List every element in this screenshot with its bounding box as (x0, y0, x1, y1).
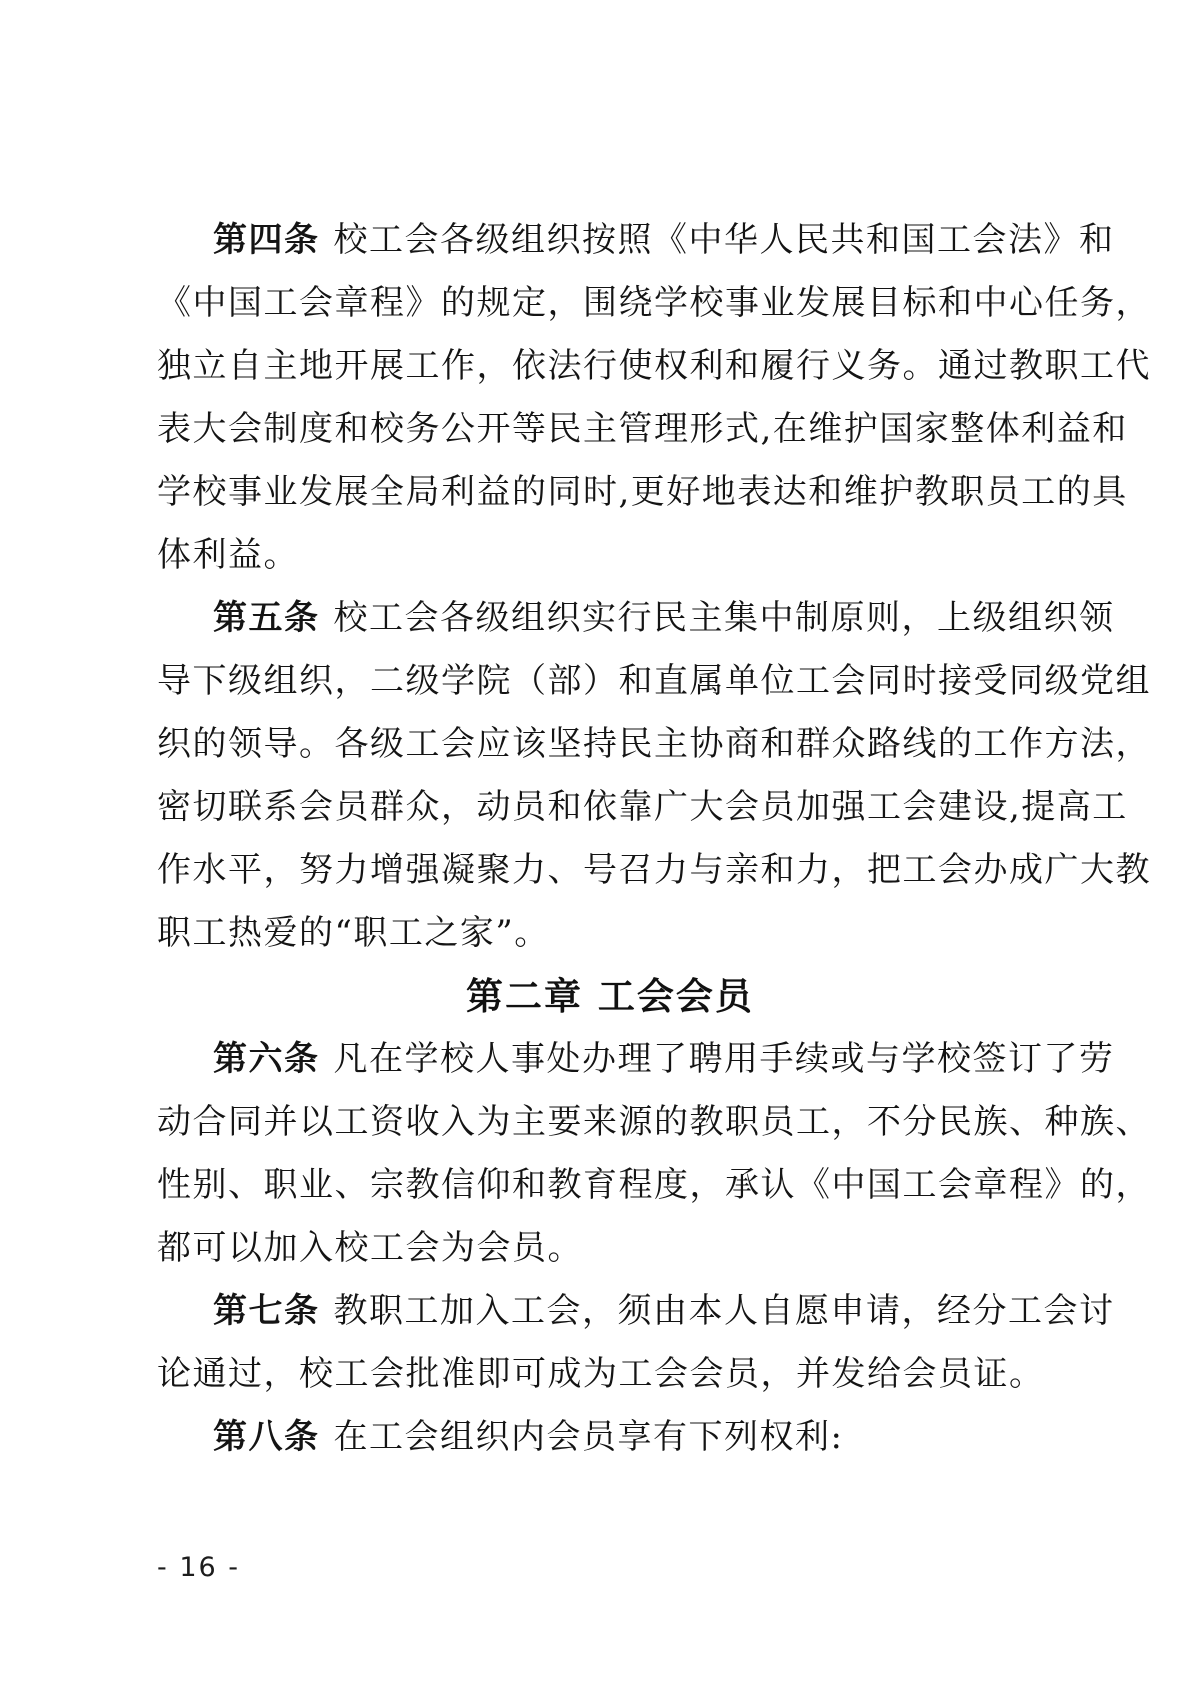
chapter-heading: 第二章 工会会员 (157, 965, 1063, 1028)
text-line: 职工热爱的“职工之家”。 (157, 902, 1063, 965)
text-line: 性别、职业、宗教信仰和教育程度，承认《中国工会章程》的， (157, 1154, 1063, 1217)
text-line: 《中国工会章程》的规定，围绕学校事业发展目标和中心任务， (157, 272, 1063, 335)
article-7-paragraph: 第七条教职工加入工会，须由本人自愿申请，经分工会讨 论通过，校工会批准即可成为工… (157, 1280, 1063, 1406)
text-line: 第八条在工会组织内会员享有下列权利: (157, 1406, 1063, 1469)
text-line: 学校事业发展全局利益的同时,更好地表达和维护教职员工的具 (157, 461, 1063, 524)
document-body: 第四条校工会各级组织按照《中华人民共和国工会法》和 《中国工会章程》的规定，围绕… (157, 209, 1063, 1469)
text-line: 都可以加入校工会为会员。 (157, 1217, 1063, 1280)
page-number: - 16 - (157, 1552, 240, 1583)
article-6-paragraph: 第六条凡在学校人事处办理了聘用手续或与学校签订了劳 动合同并以工资收入为主要来源… (157, 1028, 1063, 1280)
article-8-label: 第八条 (213, 1417, 320, 1457)
text-line: 导下级组织，二级学院（部）和直属单位工会同时接受同级党组 (157, 650, 1063, 713)
article-8-paragraph: 第八条在工会组织内会员享有下列权利: (157, 1406, 1063, 1469)
text-line: 织的领导。各级工会应该坚持民主协商和群众路线的工作方法， (157, 713, 1063, 776)
text-run: 校工会各级组织按照《中华人民共和国工会法》和 (334, 220, 1115, 260)
text-line: 第五条校工会各级组织实行民主集中制原则，上级组织领 (157, 587, 1063, 650)
text-line: 论通过，校工会批准即可成为工会会员，并发给会员证。 (157, 1343, 1063, 1406)
article-5-paragraph: 第五条校工会各级组织实行民主集中制原则，上级组织领 导下级组织，二级学院（部）和… (157, 587, 1063, 965)
text-line: 体利益。 (157, 524, 1063, 587)
text-run: 凡在学校人事处办理了聘用手续或与学校签订了劳 (334, 1039, 1115, 1079)
text-line: 动合同并以工资收入为主要来源的教职员工，不分民族、种族、 (157, 1091, 1063, 1154)
text-run: 在工会组织内会员享有下列权利: (334, 1417, 844, 1457)
text-line: 第六条凡在学校人事处办理了聘用手续或与学校签订了劳 (157, 1028, 1063, 1091)
text-run: 校工会各级组织实行民主集中制原则，上级组织领 (334, 598, 1115, 638)
text-line: 独立自主地开展工作，依法行使权利和履行义务。通过教职工代 (157, 335, 1063, 398)
article-4-label: 第四条 (213, 220, 320, 260)
text-line: 作水平，努力增强凝聚力、号召力与亲和力，把工会办成广大教 (157, 839, 1063, 902)
text-line: 第四条校工会各级组织按照《中华人民共和国工会法》和 (157, 209, 1063, 272)
text-line: 表大会制度和校务公开等民主管理形式,在维护国家整体利益和 (157, 398, 1063, 461)
text-run: 教职工加入工会，须由本人自愿申请，经分工会讨 (334, 1291, 1115, 1331)
article-4-paragraph: 第四条校工会各级组织按照《中华人民共和国工会法》和 《中国工会章程》的规定，围绕… (157, 209, 1063, 587)
text-line: 第七条教职工加入工会，须由本人自愿申请，经分工会讨 (157, 1280, 1063, 1343)
article-5-label: 第五条 (213, 598, 320, 638)
text-line: 密切联系会员群众，动员和依靠广大会员加强工会建设,提高工 (157, 776, 1063, 839)
article-6-label: 第六条 (213, 1039, 320, 1079)
document-page: 第四条校工会各级组织按照《中华人民共和国工会法》和 《中国工会章程》的规定，围绕… (0, 0, 1191, 1684)
article-7-label: 第七条 (213, 1291, 320, 1331)
